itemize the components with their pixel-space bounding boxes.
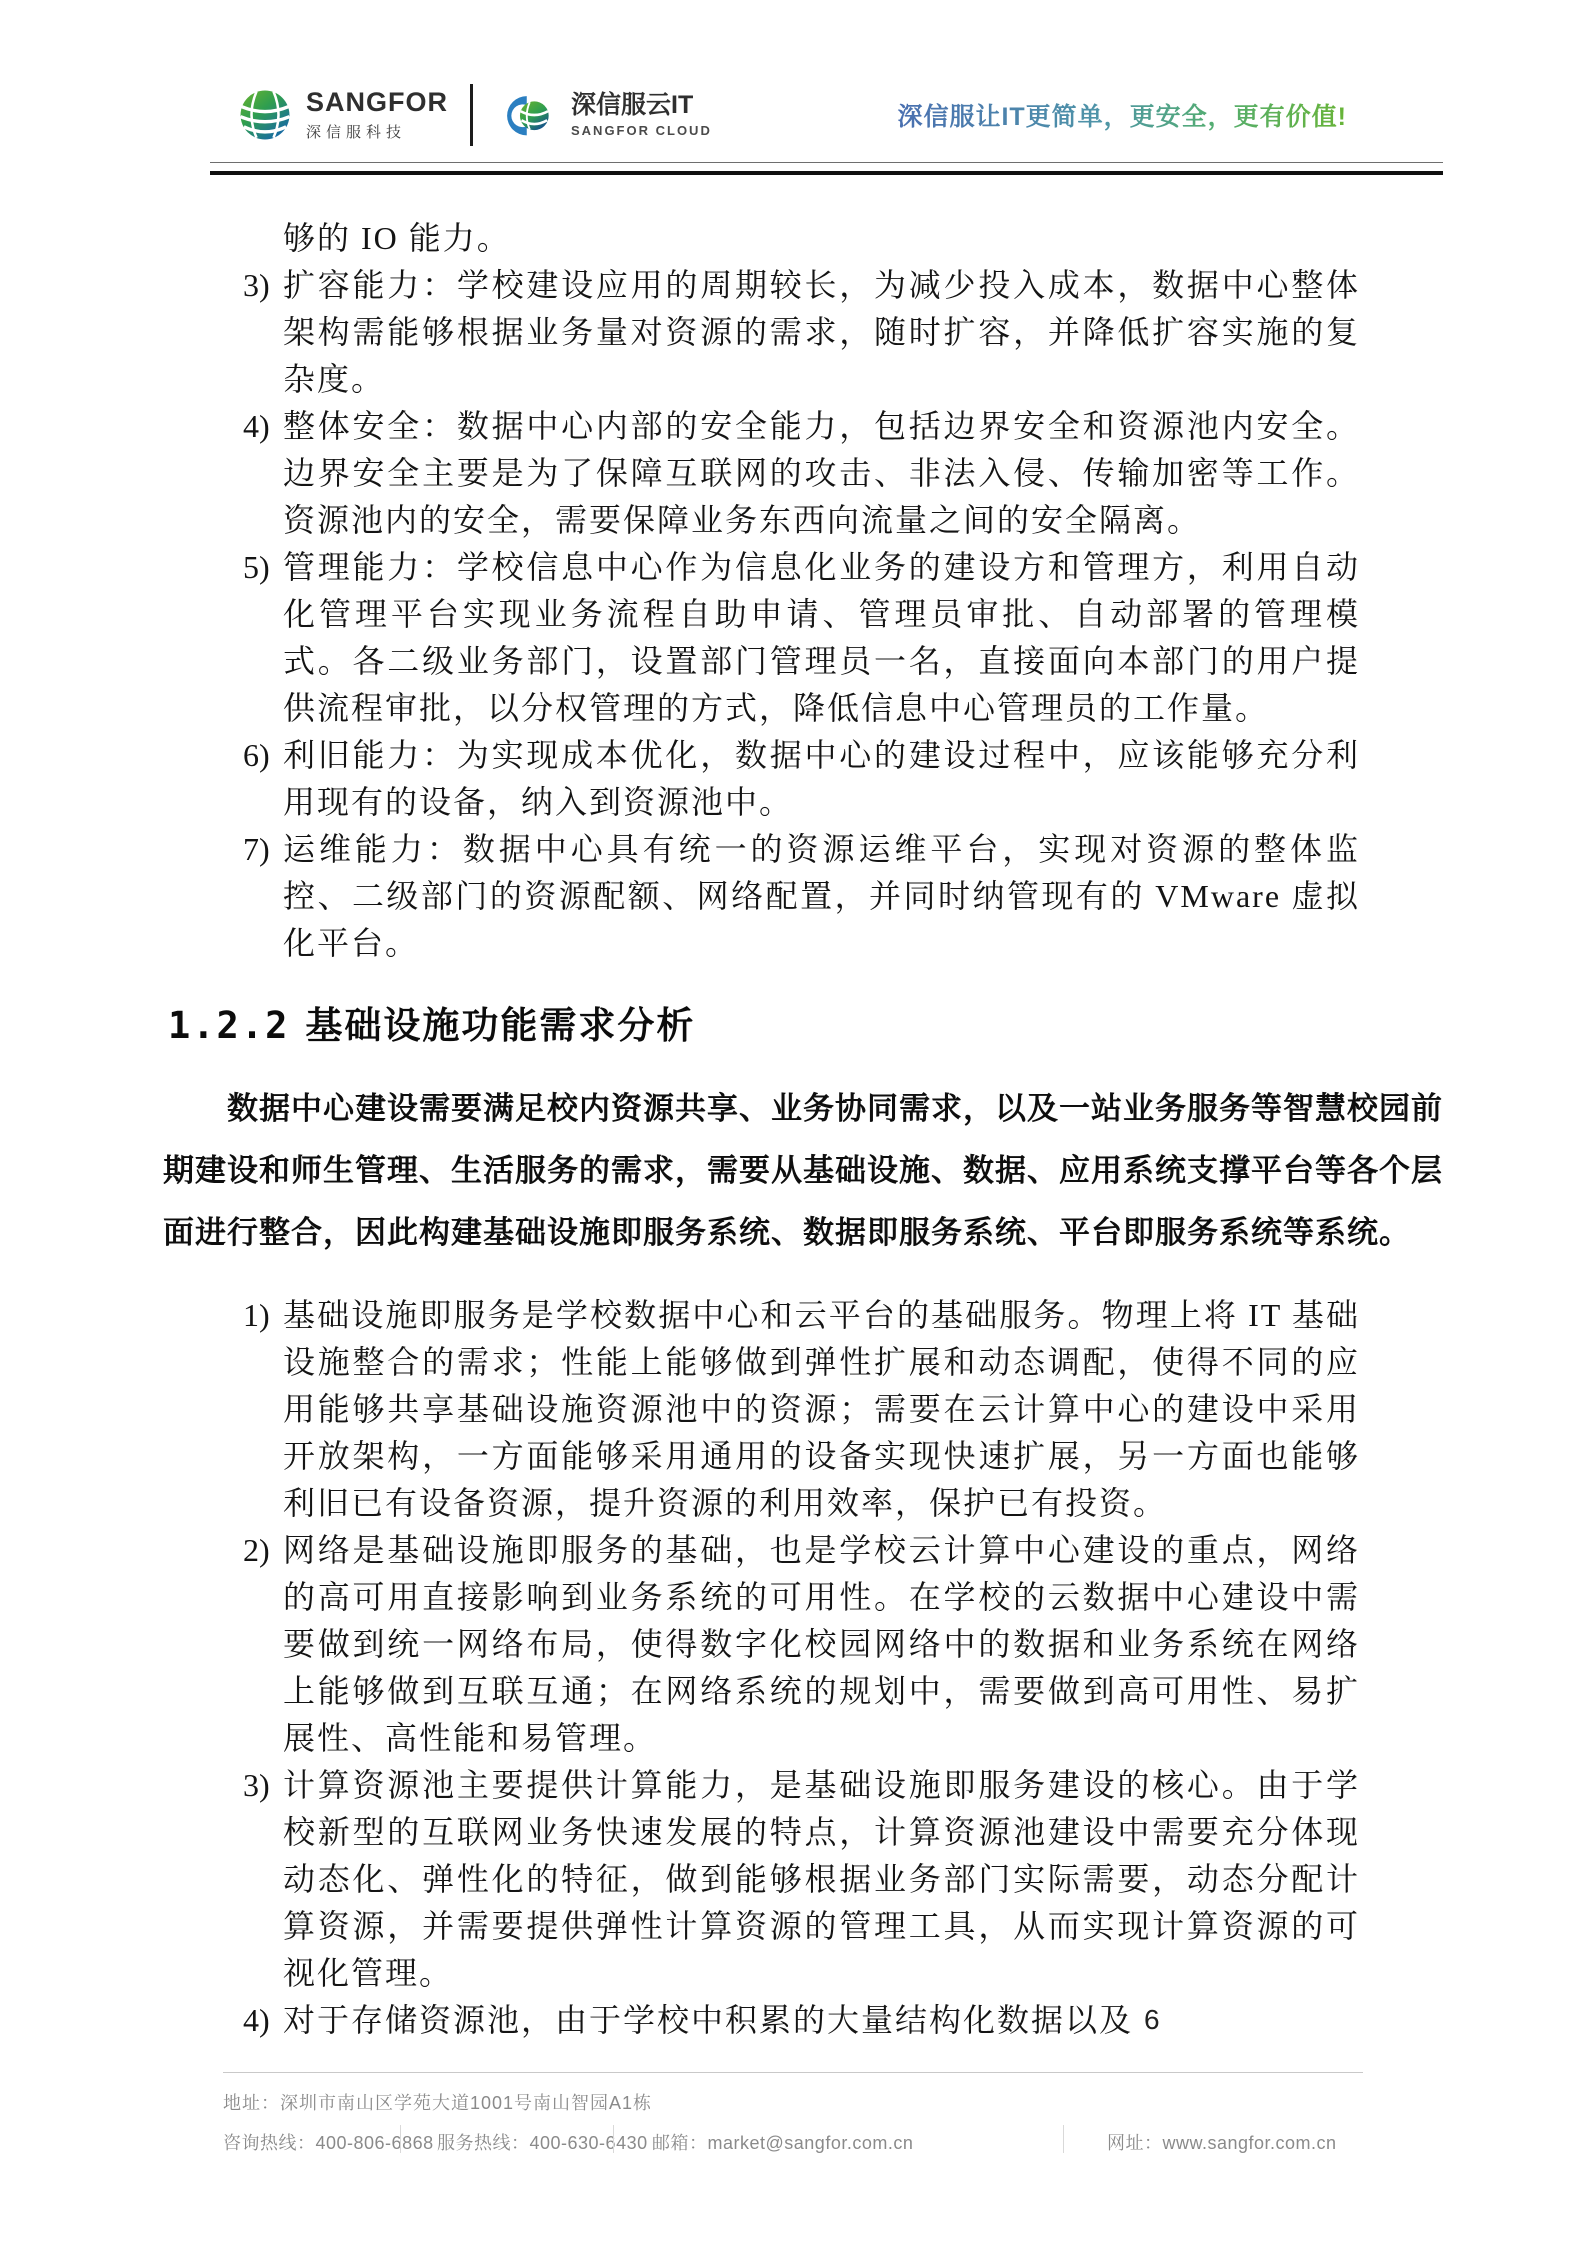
page-header: SANGFOR 深信服科技 <box>0 0 1587 146</box>
list-item: 4) 对于存储资源池，由于学校中积累的大量结构化数据以及 <box>225 1997 1360 2044</box>
list-item-number: 7) <box>243 826 283 967</box>
page-footer: 地址：深圳市南山区学苑大道1001号南山智园A1栋 咨询热线：400-806-6… <box>223 2072 1363 2157</box>
carryover-line: 够的 IO 能力。 <box>225 215 1360 262</box>
list-item-text: 计算资源池主要提供计算能力，是基础设施即服务建设的核心。由于学校新型的互联网业务… <box>283 1762 1360 1997</box>
list-item-number: 5) <box>243 544 283 732</box>
list-item-number: 4) <box>243 1997 283 2044</box>
header-rules <box>210 162 1443 175</box>
header-rule-thin <box>210 162 1443 163</box>
list-item: 4) 整体安全：数据中心内部的安全能力，包括边界安全和资源池内安全。边界安全主要… <box>225 403 1360 544</box>
cloud-logo-name: 深信服云IT <box>571 92 712 118</box>
capability-list: 3) 扩容能力：学校建设应用的周期较长，为减少投入成本，数据中心整体架构需能够根… <box>225 262 1360 967</box>
sangfor-logo-texts: SANGFOR 深信服科技 <box>306 88 448 141</box>
list-item: 6) 利旧能力：为实现成本优化，数据中心的建设过程中，应该能够充分利用现有的设备… <box>225 732 1360 826</box>
sangfor-cloud-logo: 深信服云IT SANGFOR CLOUD <box>495 90 712 140</box>
logo-divider <box>470 84 473 146</box>
list-item-text: 网络是基础设施即服务的基础，也是学校云计算中心建设的重点，网络的高可用直接影响到… <box>283 1527 1360 1762</box>
footer-website: 网址：www.sangfor.com.cn <box>1107 2129 1337 2155</box>
list-item-text: 运维能力：数据中心具有统一的资源运维平台，实现对资源的整体监控、二级部门的资源配… <box>283 826 1360 967</box>
footer-rule <box>223 2072 1363 2073</box>
list-item-number: 6) <box>243 732 283 826</box>
list-item: 3) 计算资源池主要提供计算能力，是基础设施即服务建设的核心。由于学校新型的互联… <box>225 1762 1360 1997</box>
sangfor-cloud-icon <box>495 90 557 140</box>
document-page: SANGFOR 深信服科技 <box>0 0 1587 2245</box>
header-rule-thick <box>210 171 1443 175</box>
list-item-text: 基础设施即服务是学校数据中心和云平台的基础服务。物理上将 IT 基础设施整合的需… <box>283 1292 1360 1527</box>
footer-divider <box>613 2125 614 2153</box>
list-item-number: 3) <box>243 1762 283 1997</box>
list-item: 7) 运维能力：数据中心具有统一的资源运维平台，实现对资源的整体监控、二级部门的… <box>225 826 1360 967</box>
list-item-text: 利旧能力：为实现成本优化，数据中心的建设过程中，应该能够充分利用现有的设备，纳入… <box>283 732 1360 826</box>
sangfor-logo-name: SANGFOR <box>306 88 448 116</box>
list-item: 2) 网络是基础设施即服务的基础，也是学校云计算中心建设的重点，网络的高可用直接… <box>225 1527 1360 1762</box>
footer-service-hotline: 服务热线：400-630-6430 <box>437 2129 648 2155</box>
sangfor-logo-subtitle: 深信服科技 <box>306 121 448 142</box>
infrastructure-list: 1) 基础设施即服务是学校数据中心和云平台的基础服务。物理上将 IT 基础设施整… <box>225 1292 1360 2044</box>
list-item-text: 管理能力：学校信息中心作为信息化业务的建设方和管理方，利用自动化管理平台实现业务… <box>283 544 1360 732</box>
list-item-text: 整体安全：数据中心内部的安全能力，包括边界安全和资源池内安全。边界安全主要是为了… <box>283 403 1360 544</box>
section-heading-number: 1.2.2 <box>168 1004 289 1047</box>
section-heading-title: 基础设施功能需求分析 <box>305 1005 695 1046</box>
list-item-number: 4) <box>243 403 283 544</box>
list-item-number: 2) <box>243 1527 283 1762</box>
footer-consult-hotline: 咨询热线：400-806-6868 <box>223 2129 434 2155</box>
section-heading: 1.2.2基础设施功能需求分析 <box>168 1001 1443 1052</box>
sangfor-globe-icon <box>238 88 292 142</box>
footer-email: 邮箱：market@sangfor.com.cn <box>652 2129 913 2155</box>
list-item-number: 3) <box>243 262 283 403</box>
logo-group: SANGFOR 深信服科技 <box>238 84 712 146</box>
list-item: 1) 基础设施即服务是学校数据中心和云平台的基础服务。物理上将 IT 基础设施整… <box>225 1292 1360 1527</box>
list-item: 5) 管理能力：学校信息中心作为信息化业务的建设方和管理方，利用自动化管理平台实… <box>225 544 1360 732</box>
page-number: 6 <box>1144 2004 1160 2036</box>
list-item-text: 对于存储资源池，由于学校中积累的大量结构化数据以及 <box>283 1997 1360 2044</box>
footer-divider <box>400 2125 401 2153</box>
document-body: 够的 IO 能力。 3) 扩容能力：学校建设应用的周期较长，为减少投入成本，数据… <box>163 215 1443 2044</box>
sangfor-logo: SANGFOR 深信服科技 <box>238 88 448 142</box>
cloud-logo-texts: 深信服云IT SANGFOR CLOUD <box>571 92 712 137</box>
list-item: 3) 扩容能力：学校建设应用的周期较长，为减少投入成本，数据中心整体架构需能够根… <box>225 262 1360 403</box>
footer-divider <box>1063 2125 1064 2153</box>
footer-contacts: 咨询热线：400-806-6868 服务热线：400-630-6430 邮箱：m… <box>223 2125 1363 2157</box>
cloud-logo-subtitle: SANGFOR CLOUD <box>571 123 712 138</box>
intro-paragraph: 数据中心建设需要满足校内资源共享、业务协同需求，以及一站业务服务等智慧校园前期建… <box>163 1078 1443 1264</box>
list-item-text: 扩容能力：学校建设应用的周期较长，为减少投入成本，数据中心整体架构需能够根据业务… <box>283 262 1360 403</box>
list-item-number: 1) <box>243 1292 283 1527</box>
header-slogan: 深信服让IT更简单，更安全，更有价值! <box>897 97 1347 133</box>
footer-address: 地址：深圳市南山区学苑大道1001号南山智园A1栋 <box>223 2089 1363 2115</box>
